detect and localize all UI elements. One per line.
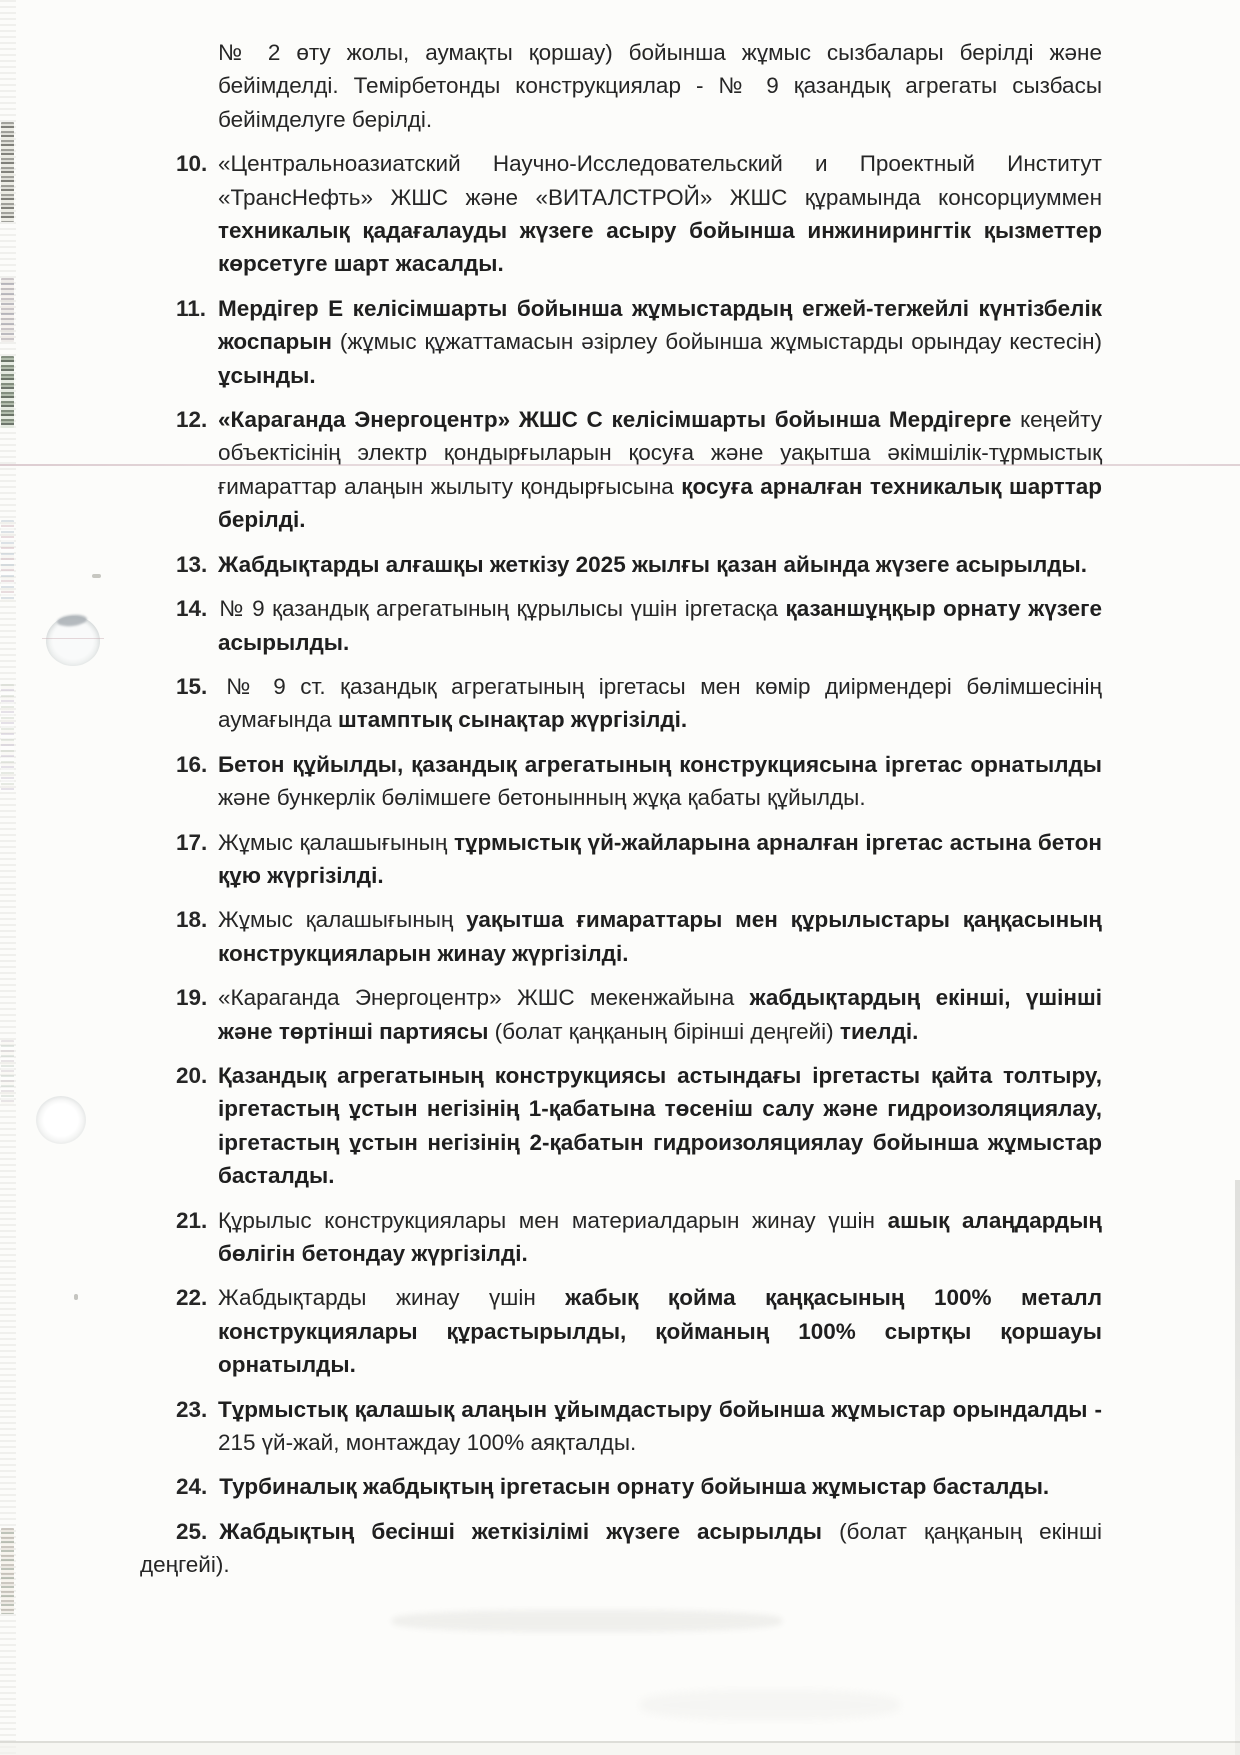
- list-item: 25.Жабдықтың бесінші жеткізілімі жүзеге …: [140, 1515, 1102, 1582]
- item-text: Жұмыс қалашығының уақытша ғимараттары ме…: [218, 907, 1102, 965]
- list-item: 14.№ 9 қазандық агрегатының құрылысы үші…: [218, 592, 1102, 659]
- list-item: 17.Жұмыс қалашығының тұрмыстық үй-жайлар…: [218, 826, 1102, 893]
- document-body: № 2 өту жолы, аумақты қоршау) бойынша жұ…: [218, 36, 1102, 1593]
- ink-bleed-artifact: [640, 1690, 900, 1720]
- item-text: Жұмыс қалашығының тұрмыстық үй-жайларына…: [218, 830, 1102, 888]
- item-text: «Центральноазиатский Научно-Исследовател…: [218, 151, 1102, 276]
- item-text: Құрылыс конструкциялары мен материалдары…: [218, 1208, 1102, 1266]
- scan-bottom-line-artifact: [0, 1741, 1240, 1743]
- item-text: Жабдықтың бесінші жеткізілімі жүзеге асы…: [140, 1519, 1102, 1577]
- item-number: 23.: [176, 1393, 218, 1426]
- items-container: 10.«Центральноазиатский Научно-Исследова…: [218, 147, 1102, 1581]
- scan-edge-segment: [1, 356, 14, 428]
- item-number: 21.: [176, 1204, 218, 1237]
- list-item: 23.Тұрмыстық қалашық алаңын ұйымдастыру …: [218, 1393, 1102, 1460]
- scan-edge-segment: [1, 122, 14, 222]
- scan-edge-segment: [1, 684, 14, 792]
- item-number: 18.: [176, 903, 218, 936]
- list-item: 21.Құрылыс конструкциялары мен материалд…: [218, 1204, 1102, 1271]
- ink-bleed-artifact: [392, 1610, 782, 1632]
- scan-speck-artifact: [74, 1294, 78, 1300]
- item-number: 14.: [176, 592, 218, 625]
- list-item: 15.№ 9 ст. қазандық агрегатының іргетасы…: [218, 670, 1102, 737]
- scan-right-edge-artifact: [1235, 1180, 1240, 1755]
- list-item: 18.Жұмыс қалашығының уақытша ғимараттары…: [218, 903, 1102, 970]
- item-text: Бетон құйылды, қазандық агрегатының конс…: [218, 752, 1102, 810]
- item-number: 16.: [176, 748, 218, 781]
- item-text: Қазандық агрегатының конструкциясы астын…: [218, 1063, 1102, 1188]
- scan-edge-segment: [1, 1040, 14, 1104]
- scan-edge-strip-artifact: [0, 0, 16, 1755]
- list-item: 24.Турбиналық жабдықтың іргетасын орнату…: [140, 1470, 1102, 1503]
- scanned-document-page: № 2 өту жолы, аумақты қоршау) бойынша жұ…: [0, 0, 1240, 1755]
- item-number: 13.: [176, 548, 218, 581]
- item-text: Жабдықтарды жинау үшін жабық қойма қаңқа…: [218, 1285, 1102, 1377]
- item-number: 25.: [176, 1515, 207, 1548]
- item-text: № 9 ст. қазандық агрегатының іргетасы ме…: [218, 674, 1102, 732]
- item-number: 12.: [176, 403, 218, 436]
- item-number: 20.: [176, 1059, 218, 1092]
- item-number: 24.: [176, 1470, 207, 1503]
- item-number: 15.: [176, 670, 218, 703]
- item-text: Жабдықтарды алғашқы жеткізу 2025 жылғы қ…: [218, 552, 1087, 577]
- scan-edge-segment: [1, 278, 14, 342]
- scan-edge-segment: [1, 1528, 14, 1614]
- item-number: 10.: [176, 147, 218, 180]
- list-item: 13.Жабдықтарды алғашқы жеткізу 2025 жылғ…: [218, 548, 1102, 581]
- item-text: Турбиналық жабдықтың іргетасын орнату бо…: [219, 1474, 1049, 1499]
- list-item: 19.«Караганда Энергоцентр» ЖШС мекенжайы…: [218, 981, 1102, 1048]
- item-number: 19.: [176, 981, 218, 1014]
- item-number: 11.: [176, 292, 218, 325]
- item-text: Тұрмыстық қалашық алаңын ұйымдастыру бой…: [218, 1397, 1102, 1455]
- list-item: 22.Жабдықтарды жинау үшін жабық қойма қа…: [218, 1281, 1102, 1381]
- intro-paragraph: № 2 өту жолы, аумақты қоршау) бойынша жұ…: [218, 36, 1102, 136]
- item-number: 22.: [176, 1281, 218, 1314]
- hole-punch-artifact: [46, 616, 100, 666]
- item-number: 17.: [176, 826, 218, 859]
- list-item: 10.«Центральноазиатский Научно-Исследова…: [218, 147, 1102, 281]
- list-item: 16.Бетон құйылды, қазандық агрегатының к…: [218, 748, 1102, 815]
- list-item: 11.Мердігер Е келісімшарты бойынша жұмыс…: [218, 292, 1102, 392]
- scan-edge-segment: [1, 520, 14, 602]
- item-text: № 9 қазандық агрегатының құрылысы үшін і…: [218, 596, 1102, 654]
- list-item: 12.«Караганда Энергоцентр» ЖШС С келісім…: [218, 403, 1102, 537]
- item-text: Мердігер Е келісімшарты бойынша жұмыстар…: [218, 296, 1102, 388]
- scan-speck-artifact: [92, 574, 101, 578]
- scan-bottom-edge-artifact: [0, 1743, 1240, 1755]
- hole-punch-artifact: [36, 1096, 86, 1144]
- item-text: «Караганда Энергоцентр» ЖШС мекенжайына …: [218, 985, 1102, 1043]
- item-text: «Караганда Энергоцентр» ЖШС С келісімшар…: [218, 407, 1102, 532]
- list-item: 20.Қазандық агрегатының конструкциясы ас…: [218, 1059, 1102, 1193]
